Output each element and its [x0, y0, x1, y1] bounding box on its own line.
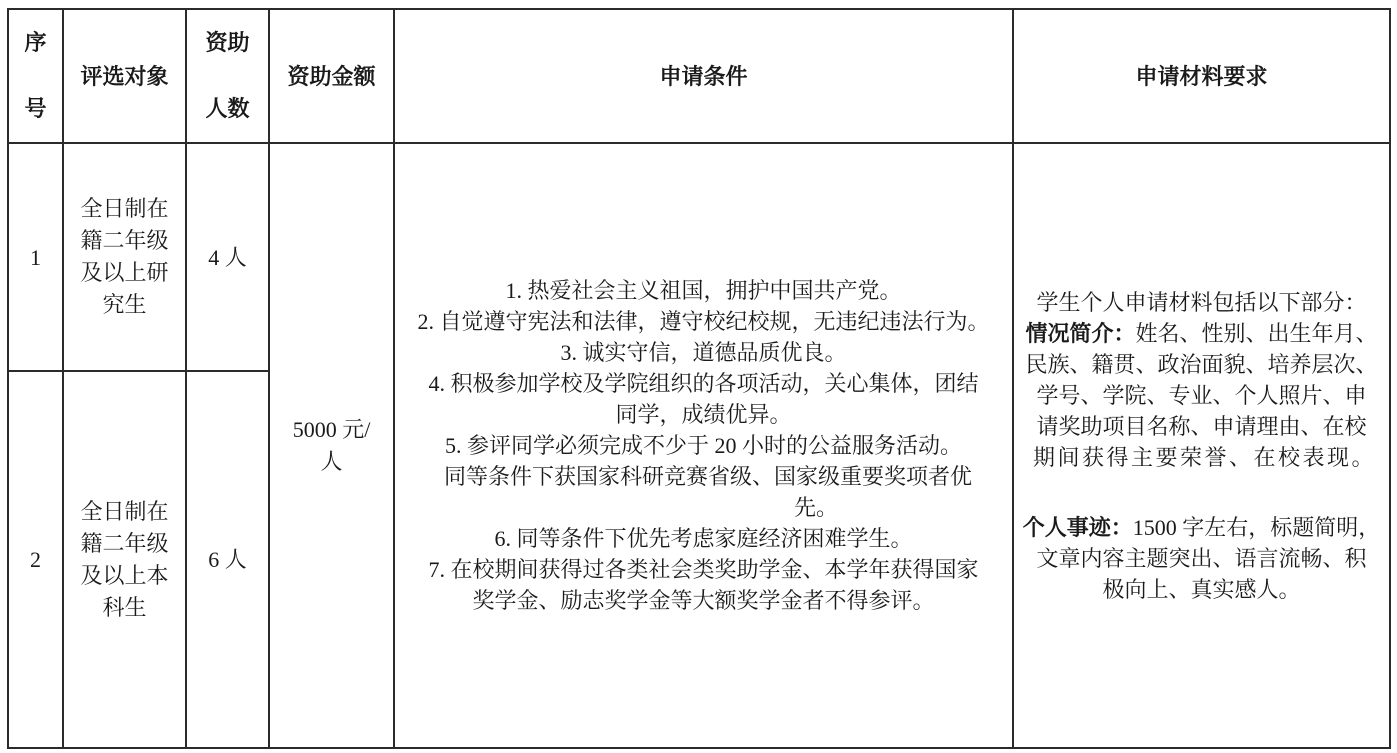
header-funded-count: 资助 人数 [186, 9, 269, 143]
header-serial-line1: 序 [9, 10, 62, 76]
cell-target-1: 全日制在 籍二年级 及以上研 究生 [63, 143, 186, 371]
target-2-line: 全日制在 [64, 496, 185, 528]
amount-line: 人 [270, 446, 393, 478]
header-funded-count-line1: 资助 [187, 10, 268, 76]
scholarship-criteria-table: 序 号 评选对象 资助 人数 资助金额 申请条件 申请材料要求 1 全日制在 籍… [7, 8, 1391, 749]
cell-funding-amount: 5000 元/ 人 [269, 143, 394, 748]
condition-line: 同等条件下获国家科研竞赛省级、国家级重要奖项者优 [395, 461, 1012, 492]
header-serial-number: 序 号 [8, 9, 63, 143]
cell-target-2: 全日制在 籍二年级 及以上本 科生 [63, 371, 186, 748]
header-application-conditions: 申请条件 [394, 9, 1013, 143]
cell-application-materials: 学生个人申请材料包括以下部分： 情况简介：姓名、性别、出生年月、 民族、籍贯、政… [1013, 143, 1390, 748]
target-1-line: 全日制在 [64, 193, 185, 225]
cell-serial-1: 1 [8, 143, 63, 371]
condition-line: 1. 热爱社会主义祖国，拥护中国共产党。 [395, 275, 1012, 306]
materials-profile-line: 学号、学院、专业、个人照片、申 [1014, 380, 1389, 411]
cell-serial-2: 2 [8, 371, 63, 748]
materials-profile-text: 姓名、性别、出生年月、 [1136, 321, 1378, 346]
target-1-line: 究生 [64, 289, 185, 321]
materials-paragraph-gap [1014, 473, 1389, 512]
materials-profile-line: 民族、籍贯、政治面貌、培养层次、 [1014, 349, 1389, 380]
condition-line: 5. 参评同学必须完成不少于 20 小时的公益服务活动。 [395, 430, 1012, 461]
condition-line: 先。 [395, 492, 1012, 523]
header-funded-count-line2: 人数 [187, 76, 268, 142]
cell-count-1: 4 人 [186, 143, 269, 371]
header-serial-line2: 号 [9, 76, 62, 142]
condition-line: 4. 积极参加学校及学院组织的各项活动，关心集体，团结 [395, 368, 1012, 399]
header-selection-target: 评选对象 [63, 9, 186, 143]
condition-line: 2. 自觉遵守宪法和法律，遵守校纪校规，无违纪违法行为。 [395, 306, 1012, 337]
condition-line: 7. 在校期间获得过各类社会类奖助学金、本学年获得国家 [395, 554, 1012, 585]
materials-profile-line: 期间获得主要荣誉、在校表现。 [1014, 442, 1389, 473]
cell-application-conditions: 1. 热爱社会主义祖国，拥护中国共产党。 2. 自觉遵守宪法和法律，遵守校纪校规… [394, 143, 1013, 748]
materials-profile-line: 请奖助项目名称、申请理由、在校 [1014, 411, 1389, 442]
table-row-1: 1 全日制在 籍二年级 及以上研 究生 4 人 5000 元/ 人 1. 热爱社… [8, 143, 1390, 371]
target-2-line: 籍二年级 [64, 528, 185, 560]
amount-line: 5000 元/ [270, 414, 393, 446]
materials-profile-line: 情况简介：姓名、性别、出生年月、 [1014, 318, 1389, 349]
target-1-line: 籍二年级 [64, 225, 185, 257]
condition-line: 3. 诚实守信，道德品质优良。 [395, 337, 1012, 368]
materials-intro-line: 学生个人申请材料包括以下部分： [1014, 287, 1389, 318]
materials-story-label: 个人事迹： [1023, 515, 1133, 540]
condition-line: 奖学金、励志奖学金等大额奖学金者不得参评。 [395, 585, 1012, 616]
document-page: 序 号 评选对象 资助 人数 资助金额 申请条件 申请材料要求 1 全日制在 籍… [0, 0, 1397, 753]
header-application-materials: 申请材料要求 [1013, 9, 1390, 143]
materials-story-line: 极向上、真实感人。 [1014, 574, 1389, 605]
materials-story-line: 文章内容主题突出、语言流畅、积 [1014, 543, 1389, 574]
materials-profile-label: 情况简介： [1025, 321, 1135, 346]
condition-line: 6. 同等条件下优先考虑家庭经济困难学生。 [395, 523, 1012, 554]
header-funding-amount: 资助金额 [269, 9, 394, 143]
target-1-line: 及以上研 [64, 257, 185, 289]
cell-count-2: 6 人 [186, 371, 269, 748]
materials-story-line: 个人事迹：1500 字左右，标题简明， [1014, 512, 1389, 543]
condition-line: 同学，成绩优异。 [395, 399, 1012, 430]
target-2-line: 及以上本 [64, 560, 185, 592]
materials-story-text: 1500 字左右，标题简明， [1133, 515, 1381, 540]
target-2-line: 科生 [64, 592, 185, 624]
table-header-row: 序 号 评选对象 资助 人数 资助金额 申请条件 申请材料要求 [8, 9, 1390, 143]
